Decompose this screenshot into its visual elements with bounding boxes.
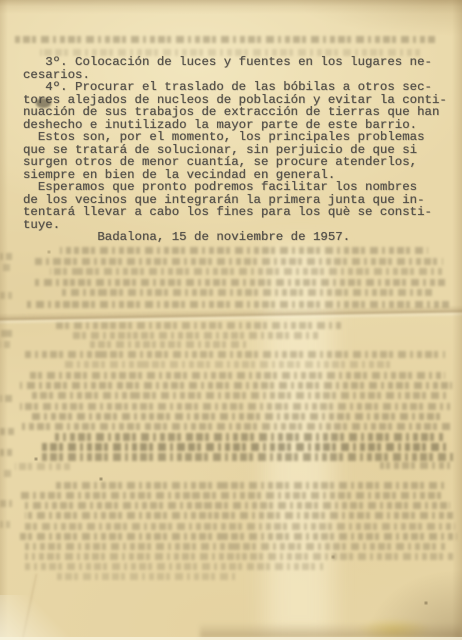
bleedthrough-line <box>20 533 457 540</box>
bleedthrough-line <box>30 392 448 399</box>
bleedthrough-line <box>60 361 390 368</box>
bleedthrough-line <box>30 413 443 420</box>
bleedthrough-line <box>70 332 318 339</box>
bleedthrough-line <box>55 482 447 489</box>
paper-specks <box>0 0 2 2</box>
page-edge-shading <box>200 623 462 638</box>
bleedthrough-line <box>40 443 448 451</box>
bleedthrough-line <box>0 253 12 260</box>
bleedthrough-line <box>25 563 323 570</box>
bleedthrough-line <box>25 512 453 519</box>
fold-crease <box>0 305 462 325</box>
bleedthrough-line <box>35 258 443 265</box>
bleedthrough-line <box>15 36 437 43</box>
typed-letter-text: 3º. Colocación de luces y fuentes en los… <box>23 56 447 244</box>
bleedthrough-line <box>0 500 12 507</box>
bleedthrough-line <box>25 301 449 308</box>
corner-crease <box>21 574 38 640</box>
bleedthrough-line <box>20 423 452 430</box>
page-edge-shading <box>452 0 462 640</box>
bleedthrough-line <box>0 330 14 337</box>
bleedthrough-line <box>20 492 445 499</box>
bleedthrough-line <box>0 395 12 402</box>
page-corner-shadow <box>367 570 462 640</box>
bleedthrough-line <box>20 403 450 410</box>
scanned-document-page: 3º. Colocación de luces y fuentes en los… <box>0 0 462 640</box>
bleedthrough-line <box>0 264 10 271</box>
bleedthrough-line <box>55 573 237 580</box>
bleedthrough-line <box>20 382 452 389</box>
bleedthrough-line <box>50 268 442 275</box>
bleedthrough-line <box>25 502 450 509</box>
bleedthrough-line <box>0 449 12 456</box>
bleedthrough-line <box>60 289 432 296</box>
bleedthrough-line <box>25 553 453 560</box>
page-corner-highlight <box>0 595 70 640</box>
bleedthrough-line <box>0 292 12 299</box>
page-edge-shading <box>0 0 8 640</box>
bleedthrough-line <box>55 433 443 441</box>
scanner-light-band <box>266 245 332 640</box>
stain <box>356 618 432 640</box>
bleedthrough-line <box>15 463 70 470</box>
bleedthrough-line <box>2 470 12 477</box>
bleedthrough-line <box>35 279 447 286</box>
bleedthrough-line <box>55 322 343 329</box>
bleedthrough-line <box>60 247 428 254</box>
bleedthrough-line <box>30 372 445 379</box>
bleedthrough-line <box>0 341 10 348</box>
bleedthrough-line <box>25 523 455 530</box>
bleedthrough-line <box>0 521 10 528</box>
bleedthrough-line <box>380 462 450 469</box>
bleedthrough-line <box>25 351 445 358</box>
bleedthrough-line <box>40 453 455 461</box>
bleedthrough-line <box>0 428 14 435</box>
bleedthrough-line <box>25 543 445 550</box>
bleedthrough-line <box>90 341 250 348</box>
page-edge-shading <box>0 0 462 14</box>
